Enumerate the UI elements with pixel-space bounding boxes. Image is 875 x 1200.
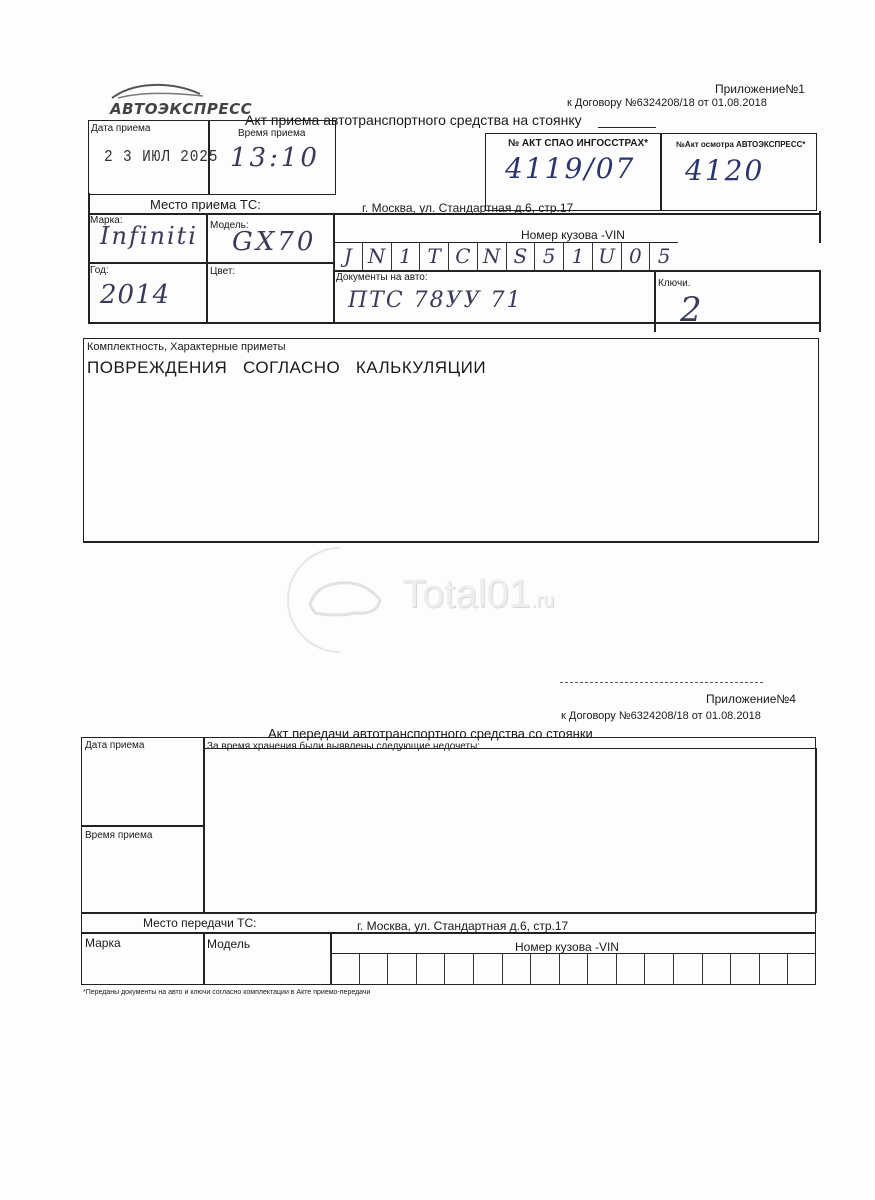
vin-cells: JN1TCNS51U05 — [333, 242, 678, 270]
vin-cell[interactable] — [587, 953, 616, 985]
date-stamp[interactable]: 2 3 ИЮЛ 2025 — [104, 148, 218, 167]
time-label: Время приема — [238, 128, 305, 139]
vin-cell[interactable]: 5 — [534, 242, 563, 270]
keys-value[interactable]: 2 — [680, 290, 705, 330]
autoexpress-act-label: №Акт осмотра АВТОЭКСПРЕСС* — [676, 140, 806, 149]
vin-cell[interactable]: U — [592, 242, 621, 270]
time-value[interactable]: 13:10 — [230, 143, 320, 173]
model-value[interactable]: GX70 — [232, 227, 316, 257]
transfer-model-label: Модель — [207, 937, 250, 951]
vin-cell[interactable] — [787, 953, 816, 985]
appendix-label-4: Приложение№4 — [706, 692, 796, 706]
car-watermark-icon — [285, 545, 395, 655]
transfer-place-value: г. Москва, ул. Стандартная д.6, стр.17 — [357, 919, 568, 933]
vin-cell[interactable]: 5 — [649, 242, 678, 270]
vin-cell[interactable] — [559, 953, 588, 985]
contract-label: к Договору №6324208/18 от 01.08.2018 — [567, 97, 767, 109]
defects-field[interactable] — [204, 749, 814, 911]
transfer-vin-label: Номер кузова -VIN — [515, 940, 619, 954]
ingos-act-value[interactable]: 4119/07 — [505, 152, 635, 185]
transfer-date-label: Дата приема — [85, 740, 144, 751]
brand-value[interactable]: Infiniti — [100, 222, 198, 250]
car-logo-icon — [108, 80, 208, 102]
vin-cell[interactable]: 0 — [621, 242, 650, 270]
vin-cell[interactable] — [530, 953, 559, 985]
vin-cell[interactable] — [644, 953, 673, 985]
year-label: Год: — [90, 265, 109, 276]
vin-cell[interactable] — [359, 953, 388, 985]
appendix-label: Приложение№1 — [715, 82, 805, 96]
vin-cell[interactable] — [416, 953, 445, 985]
transfer-place-label: Место передачи ТС: — [143, 916, 256, 930]
vin-cell[interactable]: J — [333, 242, 362, 270]
vin-cell[interactable]: T — [419, 242, 448, 270]
documents-label: Документы на авто: — [336, 272, 428, 283]
contract-label-4: к Договору №6324208/18 от 01.08.2018 — [561, 710, 761, 722]
vin-cell[interactable] — [444, 953, 473, 985]
transfer-vin-cells — [330, 953, 816, 985]
vin-cell[interactable]: N — [477, 242, 506, 270]
vin-cell[interactable] — [616, 953, 645, 985]
color-label: Цвет: — [210, 266, 235, 277]
vin-cell[interactable] — [730, 953, 759, 985]
vin-cell[interactable] — [387, 953, 416, 985]
transfer-brand-label: Марка — [85, 936, 121, 950]
equipment-label: Комплектность, Характерные приметы — [87, 341, 286, 353]
equipment-value[interactable]: ПОВРЕЖДЕНИЯ СОГЛАСНО КАЛЬКУЛЯЦИИ — [87, 358, 486, 378]
vin-cell[interactable] — [502, 953, 531, 985]
vin-cell[interactable]: S — [506, 242, 535, 270]
vin-cell[interactable] — [759, 953, 788, 985]
vin-label: Номер кузова -VIN — [521, 228, 625, 242]
keys-label: Ключи. — [658, 278, 691, 289]
documents-value[interactable]: ПТС 78УУ 71 — [348, 288, 522, 313]
vin-cell[interactable] — [473, 953, 502, 985]
vin-cell[interactable]: N — [362, 242, 391, 270]
year-value[interactable]: 2014 — [100, 280, 170, 310]
vin-cell[interactable] — [673, 953, 702, 985]
vin-cell[interactable] — [702, 953, 731, 985]
company-logo: АВТОЭКСПРЕСС — [110, 100, 252, 118]
vin-cell[interactable] — [330, 953, 359, 985]
ingos-act-label: № АКТ СПАО ИНГОССТРАХ* — [508, 138, 648, 149]
vin-cell[interactable]: 1 — [563, 242, 592, 270]
watermark-text: Total01.ru — [402, 572, 554, 617]
place-label: Место приема ТС: — [150, 197, 261, 212]
vin-cell[interactable]: 1 — [391, 242, 420, 270]
vin-cell[interactable]: C — [448, 242, 477, 270]
transfer-time-label: Время приема — [85, 830, 152, 841]
date-label: Дата приема — [91, 123, 150, 134]
autoexpress-act-value[interactable]: 4120 — [685, 154, 764, 187]
footnote: *Переданы документы на авто и ключи согл… — [83, 989, 370, 996]
